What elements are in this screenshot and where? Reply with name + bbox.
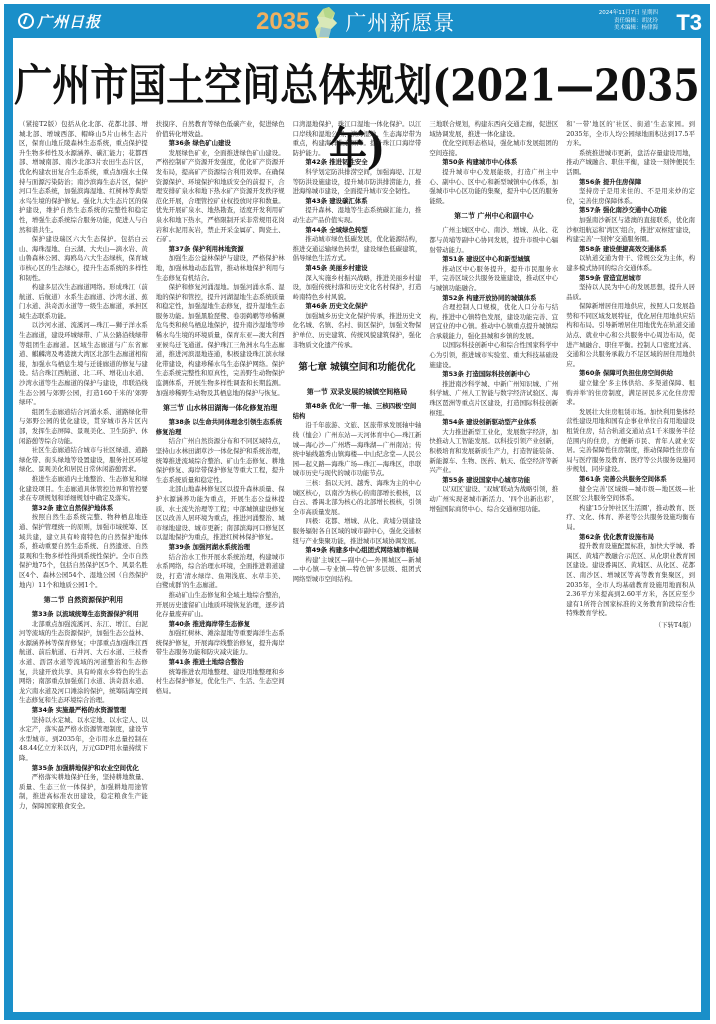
paragraph: 北部重点加强流溪河、东江、增江、白泥河等流域的生态资源保护，加强生态公益林、水源… [19,620,148,706]
paragraph: 优化空间形态格局，强化城市发展组团的空间连接。 [429,139,558,158]
section-heading: 第三节 山水林田湖海一体化修复治理 [156,402,285,415]
paragraph: 沿千年旅游、文旅、区旅带承发展轴中轴线（恤会）广州东站—天河体育中心—珠江新城—… [293,421,422,479]
article-clause-heading: 第55条 建设国家中心城市功能 [429,476,558,486]
paragraph: 推进生态廊道内土地整治、生态修复和绿化建设项目。生态廊道具体管控边界和管控要求在… [19,475,148,504]
article-clause-heading: 第57条 强化南沙交通中心功能 [566,206,695,216]
paragraph: 合理控制人口规模，优化人口分布与结构。推进中心镇特色发展，建设功能完善、宜居宜业… [429,303,558,341]
paragraph: 坚持以人民为中心的发展思想，提升人居品质。 [566,283,695,302]
page-number: T3 [676,10,702,36]
paragraph: 系统推进城市更新，盘活存量建设用地，推动产城融合、职住平衡，建设一刻钟便民生活圈… [566,149,695,178]
paragraph: 口湾湿地保护，珠江口湿地一体化保护。以江口岸线和湿地公园、滨海湿地、生态海岸带为… [293,120,422,158]
paragraph: 健全完善'区域级—城市级—地区级—社区级'公共服务空间体系。 [566,485,695,504]
article-clause-heading: 第62条 优化教育设施布局 [566,533,695,543]
text-column-3: 口湾湿地保护，珠江口湿地一体化保护。以江口岸线和湿地公园、滨海湿地、生态海岸带为… [293,120,422,1008]
article-clause-heading: 第56条 提升住房保障 [566,178,695,188]
paragraph: 大力推进新型工业化，发展数字经济，加快推动人工智能发展。以科技引领产业创新，积极… [429,428,558,476]
article-clause-heading: 第50条 构建城市中心体系 [429,158,558,168]
continued-on-note: （下转T4版） [566,620,695,629]
masthead: 广州日报 2035 广州新愿景 2024年11月7日 星期四 责任编辑：胡沈玲 … [4,4,710,38]
paragraph: 推动矿山生态修复和全域土地综合整治，开展历史遗留矿山地质环境恢复治理，逐步消化存… [156,591,285,620]
article-clause-heading: 第51条 建设区中心和新型城镇 [429,255,558,265]
paragraph: 四极：花都、增城、从化、黄埔分别建设服务辐射各自区域的城市副中心，强化交通枢纽与… [293,517,422,546]
publish-date: 2024年11月7日 星期四 [599,10,658,18]
paragraph: 构建多层次生态廊道网络。形成珠江（前航道、后航道）水系生态廊道、沙湾水道、蕉门水… [19,283,148,321]
article-clause-heading: 第35条 加强耕地保护和农业空间优化 [19,764,148,774]
paragraph: 广州主城区中心、南沙、增城、从化、花都与黄埔等副中心协同发展，提升市级中心辐射带… [429,226,558,255]
paragraph: 保护建设瑞区六大生态保护。包括白云山、海珠湿地、白云湖、大夫山—滴水岩、黄山鲁森… [19,235,148,283]
paragraph: 深入实施乡村振兴战略，推进美丽乡村建设，加强传统村落和历史文化名村保护，打造岭南… [293,274,422,303]
section-banner: 2035 广州新愿景 [256,8,455,36]
paragraph: 保障新增居住用地供应，按照人口发展趋势和不同区域发展特征，优化居住用地供应结构和… [566,302,695,369]
editor-credit: 责任编辑：胡沈玲 [599,18,658,26]
page-frame: 广州日报 2035 广州新愿景 2024年11月7日 星期四 责任编辑：胡沈玲 … [4,4,710,1020]
article-clause-heading: 第32条 建立自然保护地体系 [19,504,148,514]
paragraph: 以沙河水道、流溪河—珠江—狮子洋水系生态廊道，建设环城绿带、广从公路沿线绿带等组… [19,321,148,407]
paragraph: 发展绿色矿业，全面推进绿色矿山建设。严格控制矿产资源开发强度，优化矿产资源开发布… [156,149,285,245]
article-clause-heading: 第33条 以流域统筹生态资源保护利用 [19,610,148,620]
article-clause-heading: 第60条 保障可负担住房空间供给 [566,369,695,379]
article-clause-heading: 第59条 营造宜居城市 [566,274,695,284]
text-column-1: （紧接T2版）包括从化北部、花都北部、增城北部、增城西部、帽峰山5片山林生态片区… [19,120,148,1008]
text-column-5: 和'一带'地区的'社区、街道'生态家园。到2035年，全市人均公园绿地面积达到1… [566,120,695,1008]
article-clause-heading: 第41条 推进土地综合整治 [156,658,285,668]
paragraph: 以国际科技创新中心和综合性国家科学中心为引领，推进城市实验室、重大科技基础设施建… [429,341,558,370]
article-clause-heading: 第48条 优化'一带一轴、三核四极'空间结构 [293,402,422,421]
article-clause-heading: 第54条 建设创新驱动型产业体系 [429,418,558,428]
article-sheet: 广州市国土空间总体规划(2021—2035年) （紧接T2版）包括从化北部、花都… [13,38,701,1012]
section-heading: 第一节 双录发展的城镇空间格局 [293,386,422,399]
paragraph: 建立健全'多主体供给、多渠道保障、租购并举'的住房制度，满足居民多元化住房需求。 [566,379,695,408]
article-body: （紧接T2版）包括从化北部、花都北部、增城北部、增城西部、帽峰山5片山林生态片区… [19,120,695,1008]
paragraph: 北部山地森林修复区以提升森林质量、保护水源涵养功能为重点，开展生态公益林提质、水… [156,485,285,543]
paragraph: 提升城市中心发展能级，打造广州主中心、副中心、区中心和新型城镇中心体系，加强城市… [429,168,558,206]
paragraph: 结合治水工作开展水系统治理，构建城市水系网络，综合治理水环境，全面推进碧道建设，… [156,553,285,591]
paragraph: （紧接T2版）包括从化北部、花都北部、增城北部、增城西部、帽峰山5片山林生态片区… [19,120,148,235]
paragraph: 和'一带'地区的'社区、街道'生态家园。到2035年，全市人均公园绿地面积达到1… [566,120,695,149]
section-heading: 第二节 广州中心和副中心 [429,210,558,223]
article-clause-heading: 第49条 构建多中心组团式网络城市格局 [293,546,422,556]
paragraph: 推动区中心服务提升，提升市民服务水平，完善区域公共服务设施建设，推动区中心与城镇… [429,265,558,294]
paragraph: 坚持房子是用来住的、不是用来炒的定位，完善住房保障体系。 [566,187,695,206]
banner-year: 2035 [256,8,309,36]
article-clause-heading: 第58条 建设便捷高效交通体系 [566,245,695,255]
paragraph: 推进南沙科学城、中新广州知识城、广州科学城、广州人工智能与数字经济试验区、海珠区… [429,380,558,418]
paragraph: 推动城市绿色低碳发展，优化能源结构，推进交通运输绿色转型，建设绿色低碳建筑，倡导… [293,235,422,264]
paragraph: 构建'主城区—副中心—外围城区—新城—中心镇—专业镇—特色镇'多层级、组团式网络… [293,556,422,585]
text-column-2: 扶摸序、自然教育等绿色低碳产业，促进绿色价值转化增效益。第36条 绿色矿山建设发… [156,120,285,1008]
article-clause-heading: 第34条 实施最严格的水资源管理 [19,706,148,716]
designer-credit: 美术编辑：杨律海 [599,25,658,33]
paragraph: 组团生态廊道结合河涌水系、道路绿化带与郊野公园的优化建设，贯穿城市各片区内部，发… [19,408,148,446]
paragraph: 加强南沙新区与港澳的直接联系，优化南沙枢纽航运和'湾区'组合，推进'双枢纽'建设… [566,216,695,245]
paragraph: 以'双区'建设、'双城'联动为战略引领，推动广州实现老城市新活力、'四个出新出彩… [429,485,558,514]
logo-text: 广州日报 [37,11,101,32]
paragraph: 按照自然生态系统完整、物种栖息地连通、保护管理统一的原则，加强市域统筹、区域共建… [19,513,148,590]
banner-title: 广州新愿景 [345,7,455,37]
paragraph: 社区生态廊道结合城市与社区绿道、道路绿化带、街头绿地等设置建设，服务社区环境绿化… [19,446,148,475]
paragraph: 以轨道交通为骨干、常规公交为主体，构建多模式协同的综合交通体系。 [566,254,695,273]
article-clause-heading: 第46条 历史文化保护 [293,302,422,312]
paragraph: 严格落实耕地保护任务，坚持耕地数量、质量、生态三位一体保护，加强耕地用途管制，推… [19,773,148,811]
article-clause-heading: 第43条 建设碳汇体系 [293,197,422,207]
paragraph: 加强城乡历史文化保护传承，推进历史文化名城、名镇、名村、街区保护，加强文物保护单… [293,312,422,350]
page-meta: 2024年11月7日 星期四 责任编辑：胡沈玲 美术编辑：杨律海 [599,10,658,33]
article-clause-heading: 第52条 构建开放协同的城镇体系 [429,294,558,304]
paragraph: 结合广州自然资源分布和不同区域特点，坚持山水林田湖草沙一体化保护和系统治理，统筹… [156,437,285,485]
text-column-4: 三地联合规划，构建东西向交通走廊，促进区域协调发展，推进一体化建设。优化空间形态… [429,120,558,1008]
paragraph: 发展壮大住房租赁市场。加快利用集体经营性建设用地和国有企事业单位自有用地建设租赁… [566,408,695,475]
paragraph: 统筹推进农用地整理、建设用地整理和乡村生态保护修复，优化生产、生活、生态空间格局… [156,668,285,697]
paragraph: 保护和修复河涌湿地。加强河涌水系、湿地的保护和管控，提升河湖湿地生态系统质量和稳… [156,283,285,398]
paragraph: 提升教育设施配置标准，加快大学城、番禺区、黄埔产教融合示范区、从化职业教育园区建… [566,542,695,619]
article-clause-heading: 第40条 推进海岸带生态修复 [156,620,285,630]
section-heading: 第二节 自然资源保护利用 [19,594,148,607]
logo-emblem-icon [18,13,34,29]
paragraph: 加强红树林、滩涂湿地等重要海洋生态系统保护修复，开展海岸线整治修复，提升海岸带生… [156,629,285,658]
paragraph: 构建'15分钟社区生活圈'，推动教育、医疗、文化、体育、养老等公共服务设施均衡布… [566,504,695,533]
article-clause-heading: 第39条 加强河湖水系统治理 [156,543,285,553]
newspaper-logo: 广州日报 [18,11,101,31]
paragraph: 三核：指以天河、越秀、海珠为主的中心城区核心，以南沙为核心的南部增长极核，以白云… [293,479,422,517]
article-clause-heading: 第61条 完善公共服务空间体系 [566,475,695,485]
article-clause-heading: 第53条 打造国际科技创新中心 [429,370,558,380]
paragraph: 科学划定防洪排涝空间，加强海堤、江堤等防洪设施建设，提升城市防洪排涝能力，推进海… [293,168,422,197]
chapter-heading: 第七章 城镇空间和功能优化 [293,360,422,376]
article-clause-heading: 第38条 以生命共同体理念引领生态系统修复治理 [156,418,285,437]
article-clause-heading: 第36条 绿色矿山建设 [156,139,285,149]
article-clause-heading: 第37条 保护利用林地资源 [156,245,285,255]
paragraph: 三地联合规划，构建东西向交通走廊，促进区域协调发展，推进一体化建设。 [429,120,558,139]
article-clause-heading: 第44条 全域绿色转型 [293,226,422,236]
paragraph: 加强生态公益林保护与建设，严格保护林地，加强林地动态监管，推动林地保护利用与生态… [156,254,285,283]
paragraph: 坚持以水定城、以水定地、以水定人、以水定产，落实最严格水资源管理制度，建设节水型… [19,716,148,764]
article-clause-heading: 第42条 推进韧性安全 [293,158,422,168]
paragraph: 提升森林、湿地等生态系统碳汇能力，推动生态产品价值实现。 [293,206,422,225]
article-clause-heading: 第45条 美丽乡村建设 [293,264,422,274]
paragraph: 扶摸序、自然教育等绿色低碳产业，促进绿色价值转化增效益。 [156,120,285,139]
